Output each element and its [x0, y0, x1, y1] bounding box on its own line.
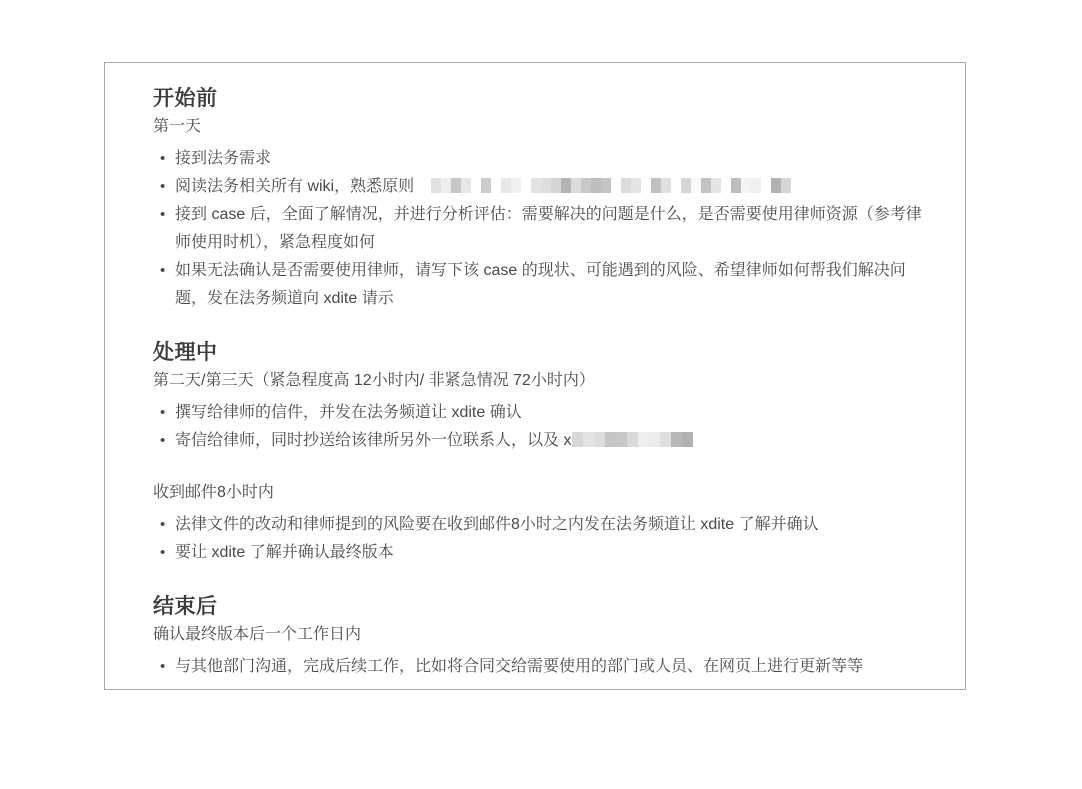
list-item-text: 要让 xdite 了解并确认最终版本 — [175, 544, 394, 561]
bullet-list: 法律文件的改动和律师提到的风险要在收到邮件8小时之内发在法务频道让 xdite … — [153, 511, 939, 567]
page-background: 开始前 第一天 接到法务需求 阅读法务相关所有 wiki，熟悉原则 接到 cas… — [0, 0, 1082, 789]
list-item-text: 如果无法确认是否需要使用律师，请写下该 case 的现状、可能遇到的风险、希望律… — [175, 262, 906, 307]
list-item: 寄信给律师，同时抄送给该律所另外一位联系人，以及 x — [153, 427, 939, 455]
list-item-text: 法律文件的改动和律师提到的风险要在收到邮件8小时之内发在法务频道让 xdite … — [175, 516, 819, 533]
list-item-text: 阅读法务相关所有 wiki，熟悉原则 — [175, 178, 414, 195]
section-subheading: 第一天 — [153, 117, 939, 137]
wiki-document-card: 开始前 第一天 接到法务需求 阅读法务相关所有 wiki，熟悉原则 接到 cas… — [104, 62, 966, 690]
section-before-start: 开始前 第一天 接到法务需求 阅读法务相关所有 wiki，熟悉原则 接到 cas… — [153, 87, 939, 313]
list-item: 法律文件的改动和律师提到的风险要在收到邮件8小时之内发在法务频道让 xdite … — [153, 511, 939, 539]
list-item-text: 接到 case 后，全面了解情况，并进行分析评估：需要解决的问题是什么，是否需要… — [175, 206, 922, 251]
list-item-text: 撰写给律师的信件，并发在法务频道让 xdite 确认 — [175, 404, 522, 421]
section-in-progress: 处理中 第二天/第三天（紧急程度高 12小时内/ 非紧急情况 72小时内） 撰写… — [153, 341, 939, 567]
list-item-text: 与其他部门沟通，完成后续工作，比如将合同交给需要使用的部门或人员、在网页上进行更… — [175, 658, 863, 675]
list-item: 接到 case 后，全面了解情况，并进行分析评估：需要解决的问题是什么，是否需要… — [153, 201, 939, 257]
redacted-text — [572, 432, 693, 447]
section-subheading: 第二天/第三天（紧急程度高 12小时内/ 非紧急情况 72小时内） — [153, 371, 939, 391]
list-item-text: 寄信给律师，同时抄送给该律所另外一位联系人，以及 x — [175, 432, 571, 449]
list-item: 如果无法确认是否需要使用律师，请写下该 case 的现状、可能遇到的风险、希望律… — [153, 257, 939, 313]
section-subheading: 确认最终版本后一个工作日内 — [153, 625, 939, 645]
section-heading: 结束后 — [153, 595, 939, 619]
bullet-list: 接到法务需求 阅读法务相关所有 wiki，熟悉原则 接到 case 后，全面了解… — [153, 145, 939, 313]
section-after-end: 结束后 确认最终版本后一个工作日内 与其他部门沟通，完成后续工作，比如将合同交给… — [153, 595, 939, 681]
list-item-text: 接到法务需求 — [175, 150, 271, 167]
email-deadline-note: 收到邮件8小时内 — [153, 483, 939, 503]
bullet-list: 撰写给律师的信件，并发在法务频道让 xdite 确认 寄信给律师，同时抄送给该律… — [153, 399, 939, 455]
list-item: 阅读法务相关所有 wiki，熟悉原则 — [153, 173, 939, 201]
redacted-text — [431, 178, 791, 193]
section-heading: 开始前 — [153, 87, 939, 111]
section-heading: 处理中 — [153, 341, 939, 365]
list-item: 要让 xdite 了解并确认最终版本 — [153, 539, 939, 567]
bullet-list: 与其他部门沟通，完成后续工作，比如将合同交给需要使用的部门或人员、在网页上进行更… — [153, 653, 939, 681]
list-item: 接到法务需求 — [153, 145, 939, 173]
list-item: 撰写给律师的信件，并发在法务频道让 xdite 确认 — [153, 399, 939, 427]
list-item: 与其他部门沟通，完成后续工作，比如将合同交给需要使用的部门或人员、在网页上进行更… — [153, 653, 939, 681]
